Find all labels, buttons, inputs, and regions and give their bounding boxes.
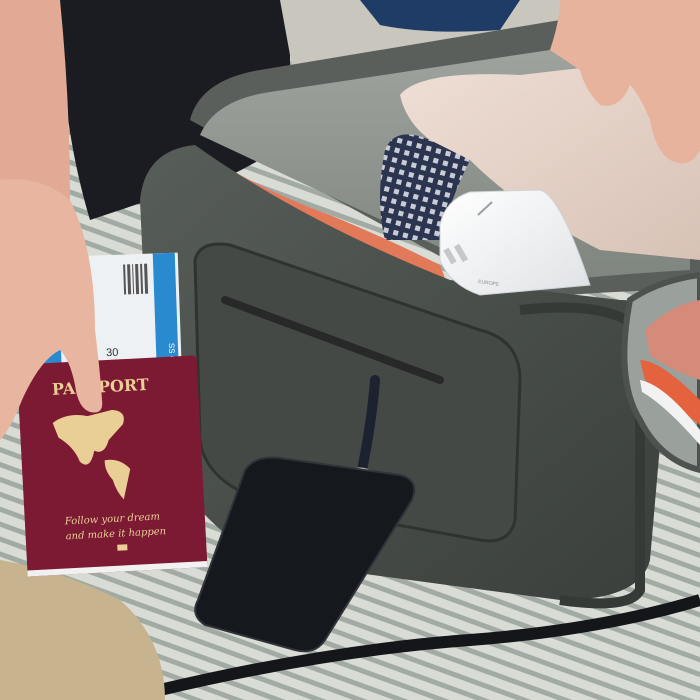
left-arm	[0, 0, 70, 200]
travel-packing-photo: EUROPE SS CLASS TO 30 PASSPORT Follow yo…	[0, 0, 700, 700]
photo-canvas: EUROPE SS CLASS TO 30 PASSPORT Follow yo…	[0, 0, 700, 700]
passport: PASSPORT Follow your dream and make it h…	[17, 355, 208, 576]
biometric-chip-icon	[117, 544, 127, 551]
boarding-pass-seat: 30	[106, 347, 119, 359]
